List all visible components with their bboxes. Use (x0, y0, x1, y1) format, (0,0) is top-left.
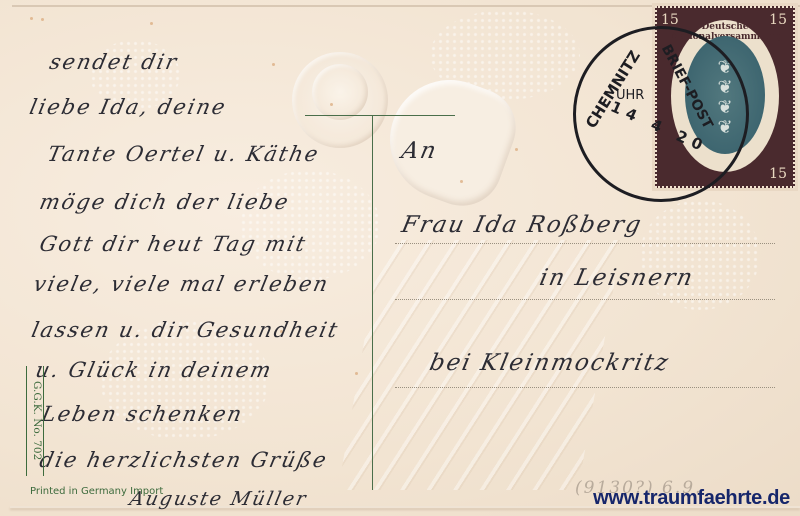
embossed-head (312, 64, 368, 120)
foxing-spot (150, 22, 153, 25)
message-line: sendet dir (47, 50, 180, 74)
address-recipient: Frau Ida Roßberg (399, 212, 645, 238)
foxing-spot (330, 103, 333, 106)
stamp-denomination: 15 (769, 166, 787, 182)
message-line: Tante Oertel u. Käthe (45, 142, 321, 166)
message-line: u. Glück in deinem (33, 358, 275, 382)
foxing-spot (41, 18, 44, 21)
address-near: bei Kleinmockritz (427, 350, 672, 376)
site-watermark: www.traumfaehrte.de (593, 487, 790, 510)
publisher-code: G.G.K. No. 702 (26, 366, 44, 476)
embossed-flowers (640, 200, 760, 310)
foxing-spot (355, 372, 358, 375)
message-line: Gott dir heut Tag mit (37, 232, 309, 256)
embossed-flowers (240, 170, 380, 280)
message-line: lassen u. dir Gesundheit (29, 318, 341, 342)
address-line (395, 299, 775, 300)
address-line (395, 243, 775, 244)
foxing-spot (460, 180, 463, 183)
foxing-spot (30, 17, 33, 20)
message-line: viele, viele mal erleben (31, 272, 331, 296)
foxing-spot (272, 63, 275, 66)
address-prefix: An (399, 138, 440, 164)
address-locality: in Leisnern (537, 265, 696, 291)
imprint-text: Printed in Germany Import (30, 486, 163, 497)
message-line: Leben schenken (39, 402, 245, 426)
message-line: möge dich der liebe (37, 190, 292, 214)
message-line: die herzlichsten Grüße (37, 448, 330, 472)
foxing-spot (515, 148, 518, 151)
stamp-denomination: 15 (769, 12, 787, 28)
divider-horizontal (305, 115, 455, 116)
message-line: liebe Ida, deine (27, 95, 229, 119)
postcard-back: sendet dir liebe Ida, deine Tante Oertel… (0, 0, 800, 516)
address-line (395, 387, 775, 388)
divider-vertical (372, 115, 373, 490)
